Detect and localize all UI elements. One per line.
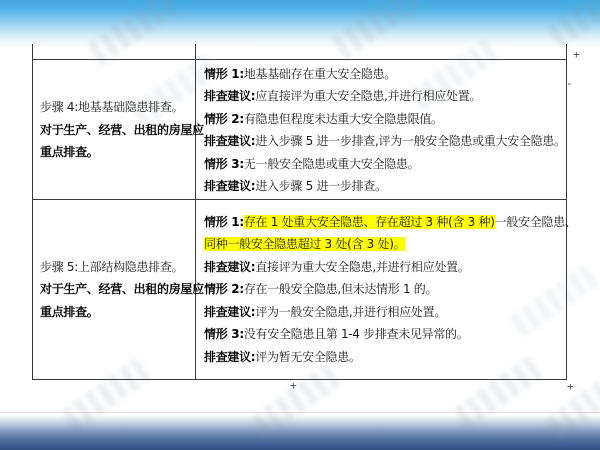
case-text: 地基基础存在重大安全隐患。 (244, 67, 396, 81)
case-label: 情形 1: (204, 215, 244, 229)
case-label: 排查建议: (204, 89, 255, 103)
case-text: 没有安全隐患且第 1-4 步排查未见异常的。 (244, 327, 469, 341)
boundary-plus-mark: + (290, 381, 297, 391)
header-gradient-bar (0, 0, 600, 48)
case-line: 情形 3:无一般安全隐患或重大安全隐患。 (204, 153, 566, 176)
case-label: 情形 1: (204, 67, 244, 81)
case-label: 情形 2: (204, 112, 244, 126)
step5-cell: 步骤 5:上部结构隐患排查。 对于生产、经营、出租的房屋应 重点排查。 (33, 200, 193, 379)
table-border-bottom (32, 379, 567, 380)
case-line: 排查建议:评为暂无安全隐患。 (204, 346, 566, 369)
case-text: 评为一般安全隐患,并进行相应处置。 (255, 305, 446, 319)
highlighted-text: 同种一般安全隐患超过 3 处(含 3 处)。 (204, 237, 405, 251)
case-text: 评为暂无安全隐患。 (255, 350, 360, 364)
step4-title: 步骤 4:地基基础隐患排查。 (40, 96, 193, 119)
case-label: 排查建议: (204, 305, 255, 319)
case-label: 排查建议: (204, 134, 255, 148)
case-line: 排查建议:进入步骤 5 进一步排查,评为一般安全隐患或重大安全隐患。 (204, 130, 566, 153)
step4-cell: 步骤 4:地基基础隐患排查。 对于生产、经营、出租的房屋应 重点排查。 (33, 60, 193, 200)
case-line: 情形 2:存在一般安全隐患,但未达情形 1 的。 (204, 278, 566, 301)
boundary-plus-mark: + (573, 50, 580, 60)
case-line: 排查建议:应直接评为重大安全隐患,并进行相应处置。 (204, 85, 566, 108)
case-line-highlighted: 情形 1:存在 1 处重大安全隐患、存在超过 3 种(含 3 种)一般安全隐患、 (204, 211, 566, 234)
case-line: 情形 1:地基基础存在重大安全隐患。 (204, 63, 566, 86)
step5-title: 步骤 5:上部结构隐患排查。 (40, 256, 193, 279)
step4-note-line1: 对于生产、经营、出租的房屋应 (40, 119, 193, 142)
inspection-steps-table: 步骤 4:地基基础隐患排查。 对于生产、经营、出租的房屋应 重点排查。 情形 1… (32, 59, 567, 380)
case-label: 排查建议: (204, 350, 255, 364)
case-line-highlighted: 同种一般安全隐患超过 3 处(含 3 处)。 (204, 233, 566, 256)
case-text: 应直接评为重大安全隐患,并进行相应处置。 (255, 89, 481, 103)
case-line: 排查建议:直接评为重大安全隐患,并进行相应处置。 (204, 256, 566, 279)
case-text: 无一般安全隐患或重大安全隐患。 (244, 157, 420, 171)
table-border-stub (32, 44, 33, 59)
step4-note-line2: 重点排查。 (40, 141, 193, 164)
highlighted-text: 存在 1 处重大安全隐患、存在超过 3 种(含 3 种) (244, 215, 495, 229)
case-text: 存在一般安全隐患,但未达情形 1 的。 (244, 282, 437, 296)
step5-note-line1: 对于生产、经营、出租的房屋应 (40, 278, 193, 301)
case-label: 情形 3: (204, 327, 244, 341)
step4-cases-cell: 情形 1:地基基础存在重大安全隐患。 排查建议:应直接评为重大安全隐患,并进行相… (196, 60, 566, 200)
case-label: 排查建议: (204, 179, 255, 193)
case-line: 情形 2:有隐患但程度未达重大安全隐患限值。 (204, 108, 566, 131)
step5-cases-cell: 情形 1:存在 1 处重大安全隐患、存在超过 3 种(含 3 种)一般安全隐患、… (196, 200, 566, 379)
page-bottom-edge (0, 412, 600, 413)
case-label: 情形 2: (204, 282, 244, 296)
case-line: 排查建议:评为一般安全隐患,并进行相应处置。 (204, 301, 566, 324)
case-line: 排查建议:进入步骤 5 进一步排查。 (204, 175, 566, 198)
document-page: { "chrome": { "top_bar_color": "#44a8e0"… (0, 0, 600, 450)
case-text: 进入步骤 5 进一步排查,评为一般安全隐患或重大安全隐患。 (255, 134, 565, 148)
case-line: 情形 3:没有安全隐患且第 1-4 步排查未见异常的。 (204, 323, 566, 346)
boundary-dash-mark: - (566, 79, 571, 89)
case-text: 直接评为重大安全隐患,并进行相应处置。 (255, 260, 469, 274)
case-text: 有隐患但程度未达重大安全隐患限值。 (244, 112, 443, 126)
case-label: 情形 3: (204, 157, 244, 171)
step5-note-line2: 重点排查。 (40, 301, 193, 324)
footer-gradient-bar (0, 415, 600, 450)
table-border-stub (566, 44, 567, 59)
case-text: 进入步骤 5 进一步排查。 (255, 179, 386, 193)
case-label: 排查建议: (204, 260, 255, 274)
table-border-stub (195, 44, 196, 59)
case-text: 一般安全隐患、 (495, 215, 577, 229)
boundary-plus-mark: + (567, 382, 574, 392)
